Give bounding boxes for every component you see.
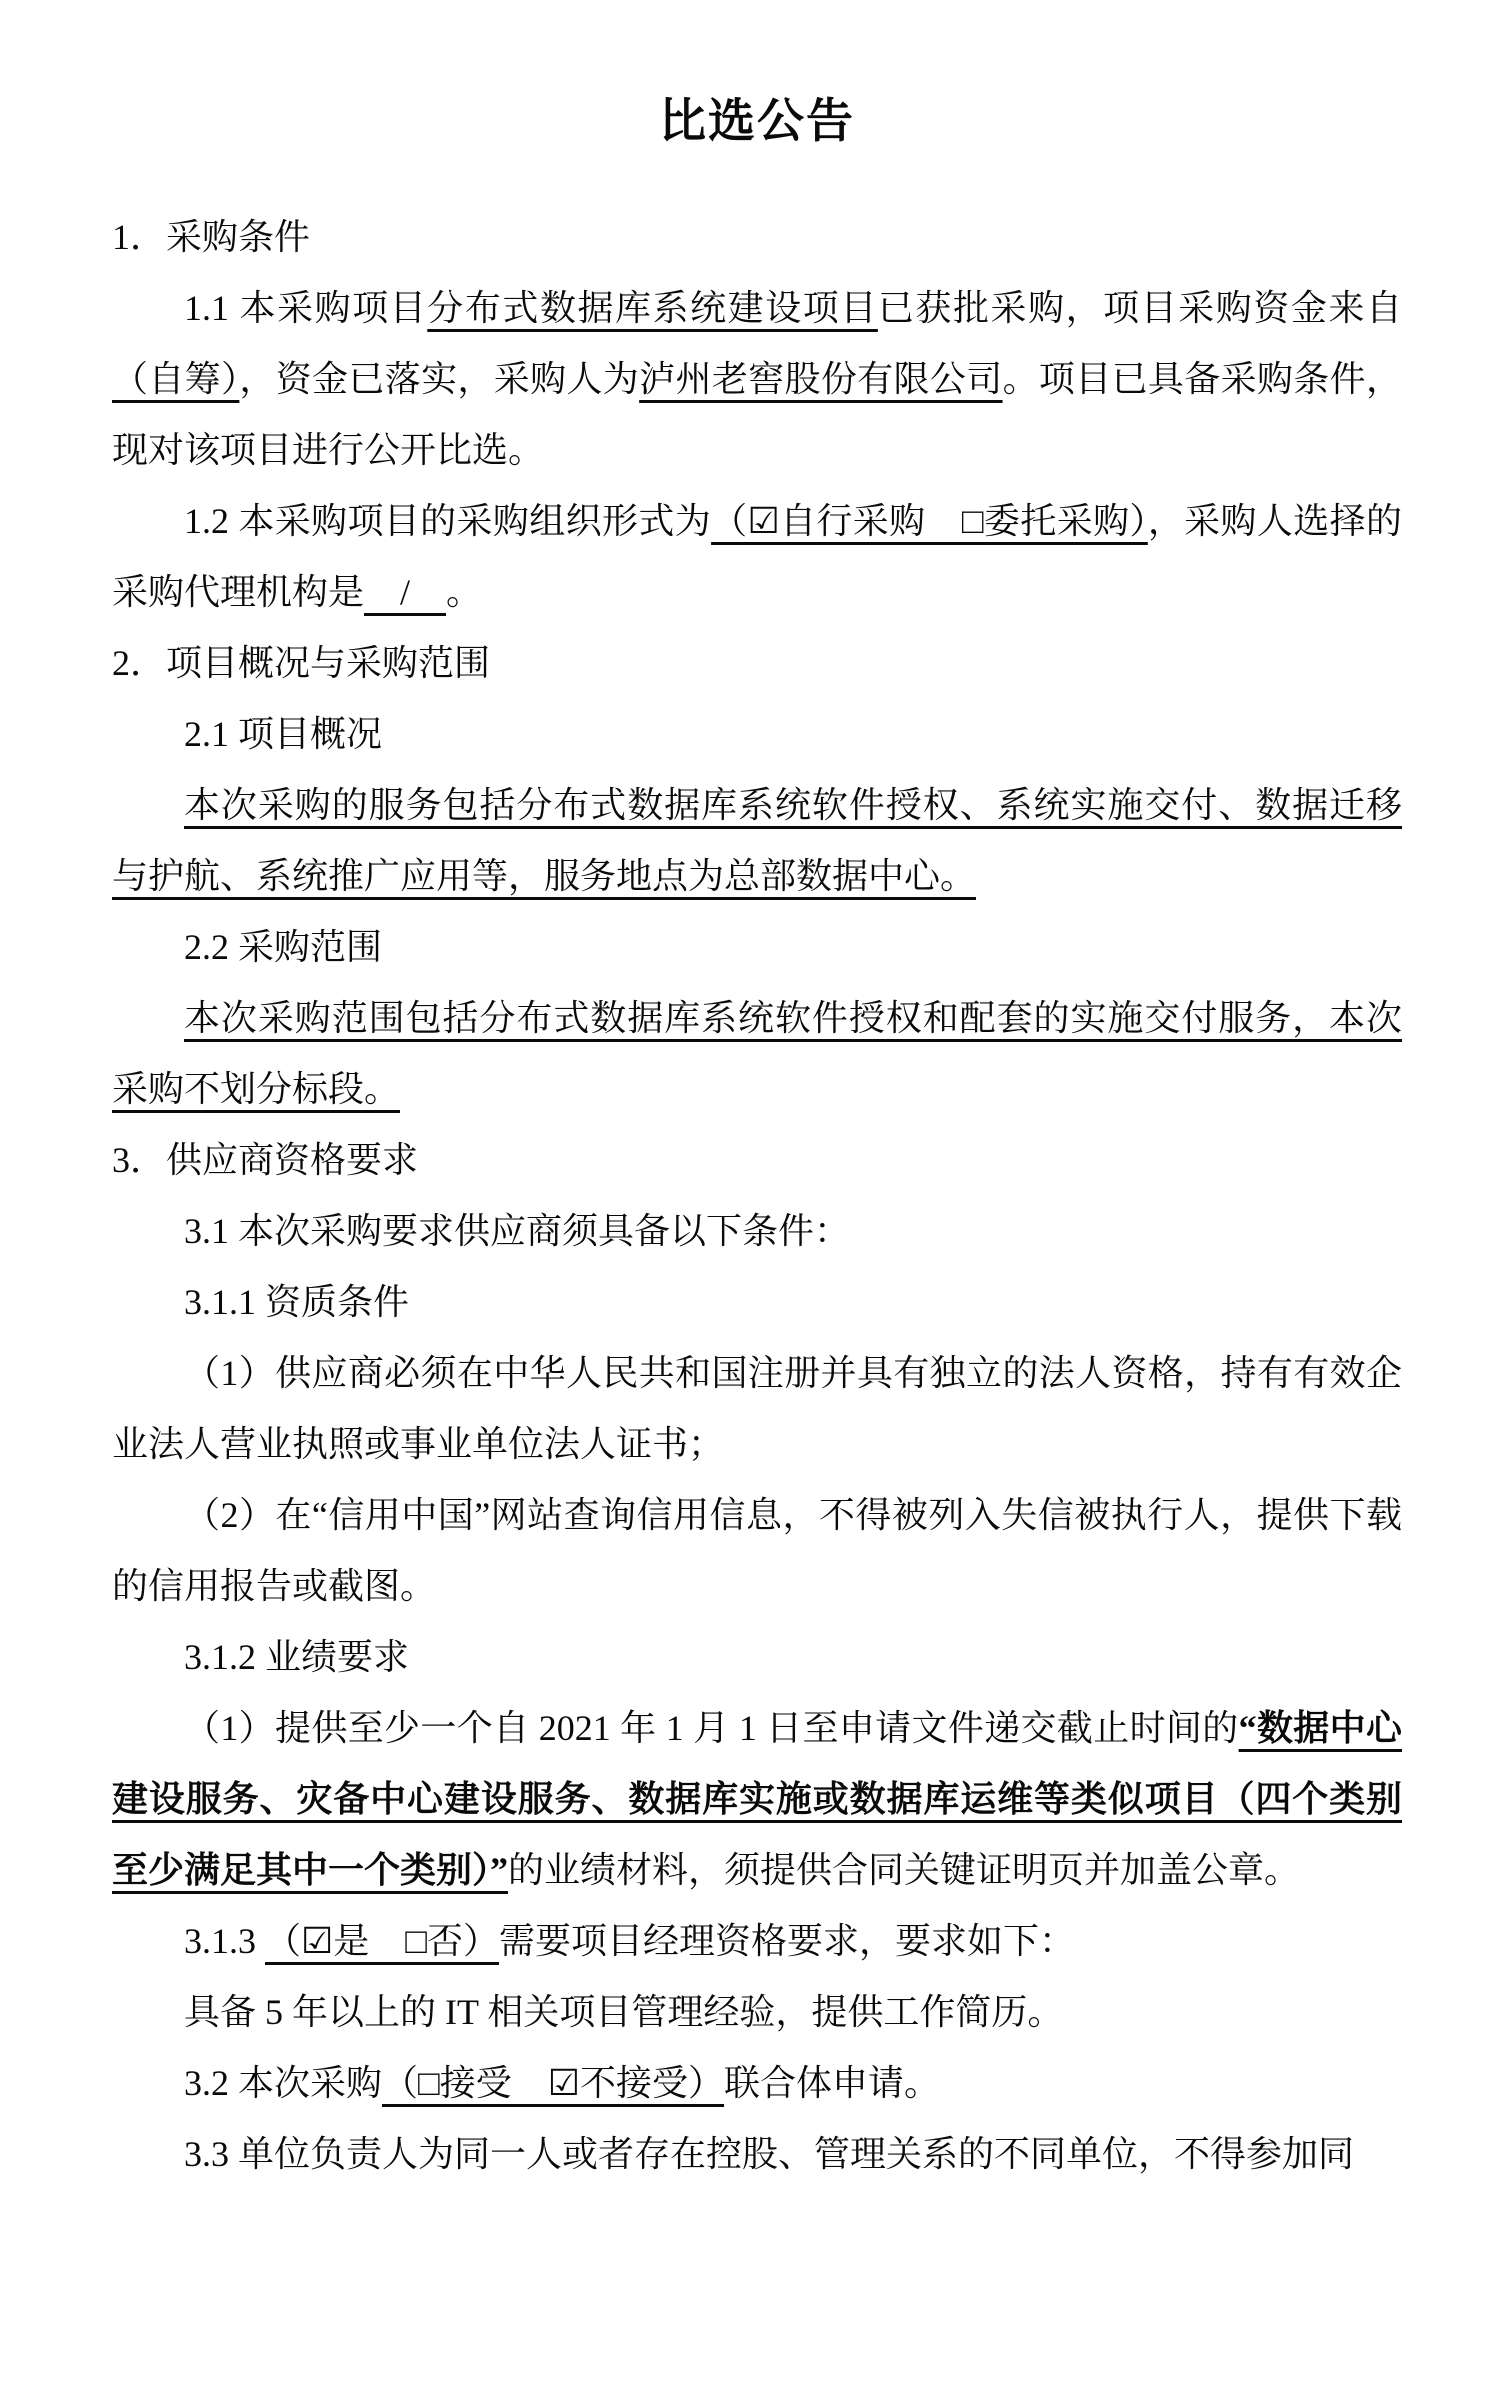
text-segment: 2.1 项目概况 bbox=[184, 714, 382, 754]
text-segment: 。 bbox=[446, 572, 482, 612]
org-form-checkboxes: （☑自行采购 □委托采购） bbox=[711, 501, 1148, 541]
purchaser-name-underline: 泸州老窖股份有限公司 bbox=[639, 359, 1002, 399]
project-name-underline: 分布式数据库系统建设项目 bbox=[427, 288, 878, 328]
document-body: 1．采购条件1.1 本采购项目分布式数据库系统建设项目已获批采购，项目采购资金来… bbox=[112, 202, 1402, 2190]
consortium-checkboxes: （□接受 ☑不接受） bbox=[382, 2063, 724, 2103]
text-segment: 2.2 采购范围 bbox=[184, 927, 382, 967]
agency-blank-underline: / bbox=[364, 572, 446, 612]
text-segment: 3.1.3 bbox=[184, 1921, 265, 1961]
text-segment: 1.2 本采购项目的采购组织形式为 bbox=[184, 501, 711, 541]
section-1-heading: 1．采购条件 bbox=[112, 202, 1402, 273]
text-segment: 3.3 单位负责人为同一人或者存在控股、管理关系的不同单位，不得参加同 bbox=[184, 2134, 1354, 2174]
funding-source-underline: （自筹） bbox=[112, 359, 239, 399]
document-title: 比选公告 bbox=[112, 72, 1402, 172]
text-segment: （2）在“信用中国”网站查询信用信息，不得被列入失信被执行人，提供下载的信用报告… bbox=[112, 1495, 1402, 1606]
clause-3-1-2-heading: 3.1.2 业绩要求 bbox=[112, 1622, 1402, 1693]
clause-2-2-heading: 2.2 采购范围 bbox=[112, 912, 1402, 983]
text-segment: 具备 5 年以上的 IT 相关项目管理经验，提供工作简历。 bbox=[184, 1992, 1063, 2032]
text-segment: 3.1.1 资质条件 bbox=[184, 1282, 409, 1322]
clause-3-3: 3.3 单位负责人为同一人或者存在控股、管理关系的不同单位，不得参加同 bbox=[112, 2119, 1402, 2190]
text-segment: 已获批采购，项目采购资金来自 bbox=[878, 288, 1402, 328]
clause-2-1-heading: 2.1 项目概况 bbox=[112, 699, 1402, 770]
clause-1-1: 1.1 本采购项目分布式数据库系统建设项目已获批采购，项目采购资金来自（自筹），… bbox=[112, 273, 1402, 486]
clause-3-1: 3.1 本次采购要求供应商须具备以下条件： bbox=[112, 1196, 1402, 1267]
pm-required-checkboxes: （☑是 □否） bbox=[265, 1921, 499, 1961]
text-segment: 联合体申请。 bbox=[724, 2063, 940, 2103]
document-page: 比选公告 1．采购条件1.1 本采购项目分布式数据库系统建设项目已获批采购，项目… bbox=[0, 0, 1500, 2397]
qualification-item-1: （1）供应商必须在中华人民共和国注册并具有独立的法人资格，持有有效企业法人营业执… bbox=[112, 1338, 1402, 1480]
clause-3-1-1-heading: 3.1.1 资质条件 bbox=[112, 1267, 1402, 1338]
text-segment: 3．供应商资格要求 bbox=[112, 1140, 418, 1180]
clause-2-2-body: 本次采购范围包括分布式数据库系统软件授权和配套的实施交付服务，本次采购不划分标段… bbox=[112, 983, 1402, 1125]
project-overview-underline: 本次采购的服务包括分布式数据库系统软件授权、系统实施交付、数据迁移与护航、系统推… bbox=[112, 785, 1402, 896]
text-segment: 的业绩材料，须提供合同关键证明页并加盖公章。 bbox=[508, 1850, 1300, 1890]
section-3-heading: 3．供应商资格要求 bbox=[112, 1125, 1402, 1196]
procurement-scope-underline: 本次采购范围包括分布式数据库系统软件授权和配套的实施交付服务，本次采购不划分标段… bbox=[112, 998, 1402, 1109]
text-segment: 需要项目经理资格要求，要求如下： bbox=[499, 1921, 1075, 1961]
qualification-item-2: （2）在“信用中国”网站查询信用信息，不得被列入失信被执行人，提供下载的信用报告… bbox=[112, 1480, 1402, 1622]
text-segment: 2．项目概况与采购范围 bbox=[112, 643, 490, 683]
pm-requirement-detail: 具备 5 年以上的 IT 相关项目管理经验，提供工作简历。 bbox=[112, 1977, 1402, 2048]
text-segment: 3.1 本次采购要求供应商须具备以下条件： bbox=[184, 1211, 850, 1251]
clause-1-2: 1.2 本采购项目的采购组织形式为（☑自行采购 □委托采购），采购人选择的采购代… bbox=[112, 486, 1402, 628]
text-segment: ，资金已落实，采购人为 bbox=[239, 359, 639, 399]
text-segment: 1.1 本采购项目 bbox=[184, 288, 427, 328]
text-segment: 3.2 本次采购 bbox=[184, 2063, 382, 2103]
text-segment: （1）供应商必须在中华人民共和国注册并具有独立的法人资格，持有有效企业法人营业执… bbox=[112, 1353, 1402, 1464]
clause-3-2: 3.2 本次采购（□接受 ☑不接受）联合体申请。 bbox=[112, 2048, 1402, 2119]
section-2-heading: 2．项目概况与采购范围 bbox=[112, 628, 1402, 699]
text-segment: 1．采购条件 bbox=[112, 217, 310, 257]
text-segment: （1）提供至少一个自 2021 年 1 月 1 日至申请文件递交截止时间的 bbox=[184, 1708, 1239, 1748]
performance-item-1: （1）提供至少一个自 2021 年 1 月 1 日至申请文件递交截止时间的“数据… bbox=[112, 1693, 1402, 1906]
text-segment: 3.1.2 业绩要求 bbox=[184, 1637, 409, 1677]
clause-3-1-3: 3.1.3 （☑是 □否）需要项目经理资格要求，要求如下： bbox=[112, 1906, 1402, 1977]
clause-2-1-body: 本次采购的服务包括分布式数据库系统软件授权、系统实施交付、数据迁移与护航、系统推… bbox=[112, 770, 1402, 912]
